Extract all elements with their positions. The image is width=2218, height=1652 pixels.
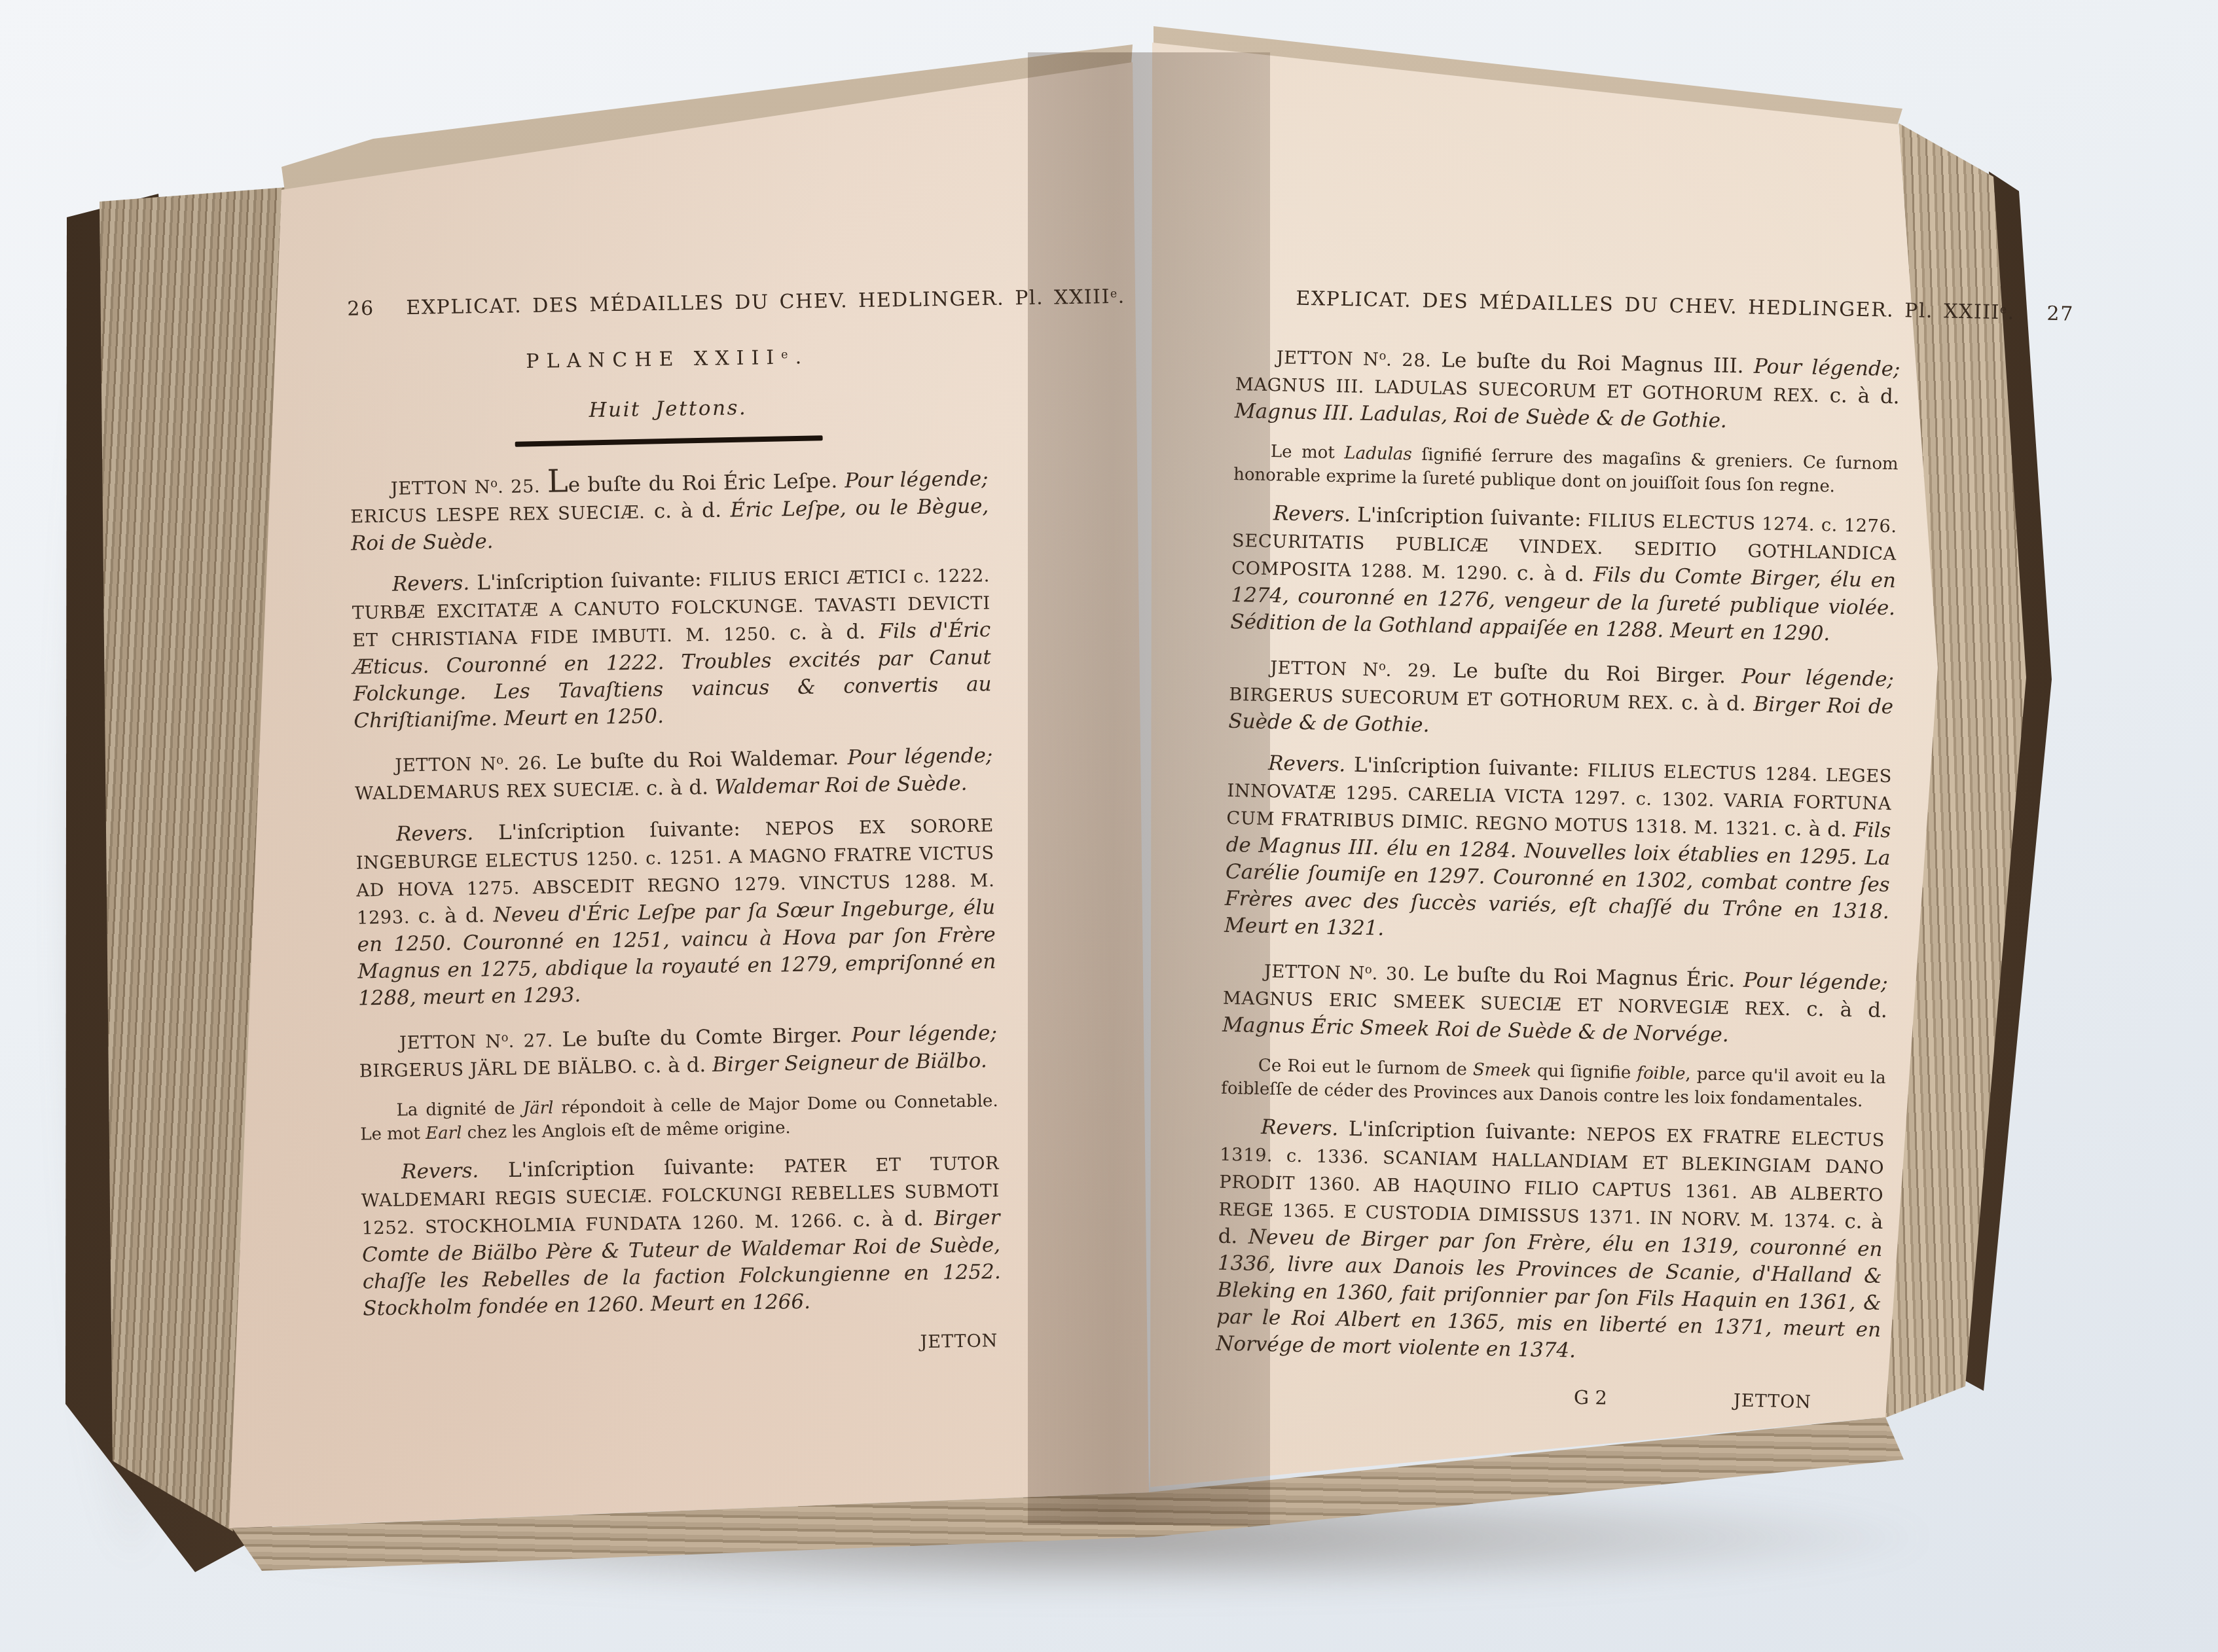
text-run: c. à d. xyxy=(1829,384,1900,408)
text-run: c. à d. xyxy=(1681,691,1754,715)
right-page-text: EXPLICAT. DES MÉDAILLES DU CHEV. HEDLING… xyxy=(1215,281,1902,1419)
text-run: e xyxy=(2000,303,2008,316)
text-run: Järl xyxy=(523,1098,554,1119)
text-run: Le buſte du Roi Magnus III. xyxy=(1441,348,1754,378)
text-run: Smeek xyxy=(1473,1060,1532,1081)
text-run: e xyxy=(781,348,795,361)
text-run: Pour légende; xyxy=(845,467,989,493)
text-run: JETTON N xyxy=(1264,961,1366,984)
paragraph-jetton-25-head: JETTON No. 25. Le buſte du Roi Éric Leſp… xyxy=(350,463,989,558)
note-jarl: La dignité de Järl répondoit à celle de … xyxy=(359,1090,998,1147)
text-run: c. à d. xyxy=(789,620,879,645)
paragraph-jetton-29-head: JETTON No. 29. Le buſte du Roi Birger. P… xyxy=(1228,650,1894,748)
text-run: Earl xyxy=(426,1123,462,1143)
text-run: Ce Roi eut le ſurnom de xyxy=(1258,1056,1474,1080)
text-run: L'inſcription ſuivante: xyxy=(1357,503,1588,531)
text-run: Pl. XXIII xyxy=(1015,285,1110,310)
paragraph-jetton-28-revers: Revers. L'inſcription ſuivante: FILIUS E… xyxy=(1230,499,1897,649)
text-run: Pour légende; xyxy=(1743,968,1888,994)
text-run: o xyxy=(496,753,503,767)
text-run: Birger Seigneur de Biälbo. xyxy=(712,1049,987,1077)
text-run: L'inſcription ſuivante: xyxy=(477,567,709,595)
text-run: BIRGERUS SUECORUM ET GOTHORUM REX. xyxy=(1229,685,1681,714)
text-run: Revers. xyxy=(396,821,499,846)
paragraph-jetton-27-revers: Revers. L'inſcription ſuivante: PATER ET… xyxy=(361,1150,1002,1323)
text-run: BIRGERUS JÄRL DE BIÄLBO. xyxy=(359,1057,644,1082)
text-run: chez les Anglois eſt de même origine. xyxy=(462,1118,791,1143)
text-run: Revers. xyxy=(392,571,477,596)
text-run: o xyxy=(1379,659,1386,673)
paragraph-jetton-27-head: JETTON No. 27. Le buſte du Comte Birger.… xyxy=(359,1017,998,1085)
text-run: Le buſte du Roi Waldemar. xyxy=(556,746,848,774)
text-run: Pour légende; xyxy=(847,744,992,770)
text-run: Le buſte du Roi Birger. xyxy=(1452,658,1741,688)
text-run: . xyxy=(795,346,809,368)
text-run: ERICUS LESPE REX SUECIÆ. xyxy=(350,503,654,528)
text-run: Pour légende; xyxy=(1741,664,1894,691)
paragraph-jetton-30-revers: Revers. L'inſcription ſuivante: NEPOS EX… xyxy=(1216,1113,1885,1370)
text-run: L'inſcription ſuivante: xyxy=(498,817,765,844)
text-run: . 28. xyxy=(1386,350,1442,371)
paragraph-jetton-30-head: JETTON No. 30. Le buſte du Roi Magnus Ér… xyxy=(1222,953,1888,1051)
text-run: Pour légende; xyxy=(1754,355,1900,381)
paragraph-jetton-29-revers: Revers. L'inſcription ſuivante: FILIUS E… xyxy=(1224,749,1893,952)
text-run: L xyxy=(547,463,568,500)
text-run: c. à d. xyxy=(853,1207,934,1232)
right-running-head-spacer xyxy=(1237,304,1296,305)
text-run: c. à d. xyxy=(1806,997,1887,1022)
paragraph-jetton-26-head: JETTON No. 26. Le buſte du Roi Waldemar.… xyxy=(354,740,993,808)
text-run: EXPLICAT. DES MÉDAILLES DU CHEV. HEDLING… xyxy=(406,287,1015,319)
right-catchword: JETTON xyxy=(1734,1387,1812,1415)
text-run: . xyxy=(2007,301,2015,324)
photo-of-open-book: { "colors":{ "bg":"#ecf0f4","bg2":"#dfe5… xyxy=(0,0,2218,1652)
text-run: Revers. xyxy=(401,1158,508,1184)
text-run: e buſte du Roi Éric Leſpe. xyxy=(568,469,845,497)
text-run: foible xyxy=(1637,1063,1686,1083)
text-run: . 30. xyxy=(1372,963,1423,985)
paragraph-jetton-25-revers: Revers. L'inſcription ſuivante: FILIUS E… xyxy=(352,562,992,735)
text-run: JETTON N xyxy=(395,755,496,776)
text-run: Le mot xyxy=(1270,442,1344,463)
open-book: 26 EXPLICAT. DES MÉDAILLES DU CHEV. HEDL… xyxy=(65,26,2160,1623)
text-run: c. à d. xyxy=(1784,817,1853,842)
text-run: JETTON N xyxy=(1270,658,1379,680)
paragraph-jetton-26-revers: Revers. L'inſcription ſuivante: NEPOS EX… xyxy=(355,812,996,1013)
text-run: Revers. xyxy=(1268,751,1354,777)
subtitle-huit-jettons: Huit Jettons. xyxy=(349,391,988,428)
text-run: o xyxy=(501,1031,509,1045)
note-smeek: Ce Roi eut le ſurnom de Smeek qui ſignif… xyxy=(1221,1052,1886,1113)
text-run: Pl. XXIII xyxy=(1904,299,2000,324)
text-run: . xyxy=(1118,285,1125,308)
text-run: Le buſte du Roi Magnus Éric. xyxy=(1423,962,1744,992)
text-run: Magnus III. Ladulas, Roi de Suède & de G… xyxy=(1235,399,1728,433)
text-run: c. à d. xyxy=(653,499,731,524)
text-run: La dignité de xyxy=(396,1099,523,1121)
text-run: . 25. xyxy=(498,476,547,497)
text-run: o xyxy=(1365,963,1372,977)
text-run: JETTON N xyxy=(391,478,491,499)
text-run: PLANCHE XXIII xyxy=(526,346,781,373)
right-page-number: 27 xyxy=(2014,300,2074,328)
left-catchword: JETTON xyxy=(920,1331,998,1353)
text-run: Ladulas xyxy=(1344,443,1412,464)
text-run: c. à d. xyxy=(418,904,494,929)
text-run: qui ſignifie xyxy=(1531,1061,1637,1083)
text-run: Magnus Éric Smeek Roi de Suède & de Norv… xyxy=(1222,1013,1729,1047)
signature-mark: G 2 xyxy=(1574,1384,1608,1411)
note-ladulas: Le mot Ladulas ſignifié ſerrure des maga… xyxy=(1233,439,1899,499)
paragraph-jetton-28-head: JETTON No. 28. Le buſte du Roi Magnus II… xyxy=(1235,340,1900,438)
text-run: L'inſcription ſuivante: xyxy=(1349,1117,1587,1145)
text-run: Revers. xyxy=(1261,1115,1349,1141)
text-run: o xyxy=(1379,349,1386,363)
text-run: c. à d. xyxy=(646,776,716,800)
text-run: . 29. xyxy=(1385,660,1453,681)
left-page-number: 26 xyxy=(347,295,407,322)
text-run: . 26. xyxy=(503,753,556,774)
text-run: JETTON N xyxy=(399,1032,501,1053)
text-run: Revers. xyxy=(1273,501,1358,527)
text-run: Waldemar Roi de Suède. xyxy=(715,772,968,799)
text-run: c. à d. xyxy=(644,1053,713,1078)
text-run: L'inſcription ſuivante: xyxy=(508,1155,784,1183)
text-run: Pour légende; xyxy=(851,1022,997,1047)
section-rule xyxy=(515,436,822,447)
text-run: e xyxy=(1110,287,1118,300)
text-run: L'inſcription ſuivante: xyxy=(1354,753,1588,781)
left-page-text: 26 EXPLICAT. DES MÉDAILLES DU CHEV. HEDL… xyxy=(347,283,1002,1364)
text-run: c. à d. xyxy=(1517,561,1594,586)
text-run: . 27. xyxy=(508,1031,562,1052)
text-run: JETTON N xyxy=(1276,348,1379,370)
planche-heading: PLANCHE XXIIIe. xyxy=(348,338,987,378)
text-run: Le buſte du Comte Birger. xyxy=(562,1024,852,1052)
text-run: WALDEMARUS REX SUECIÆ. xyxy=(355,780,646,804)
text-run: Neveu de Birger par ſon Frère, élu en 13… xyxy=(1216,1225,1883,1362)
